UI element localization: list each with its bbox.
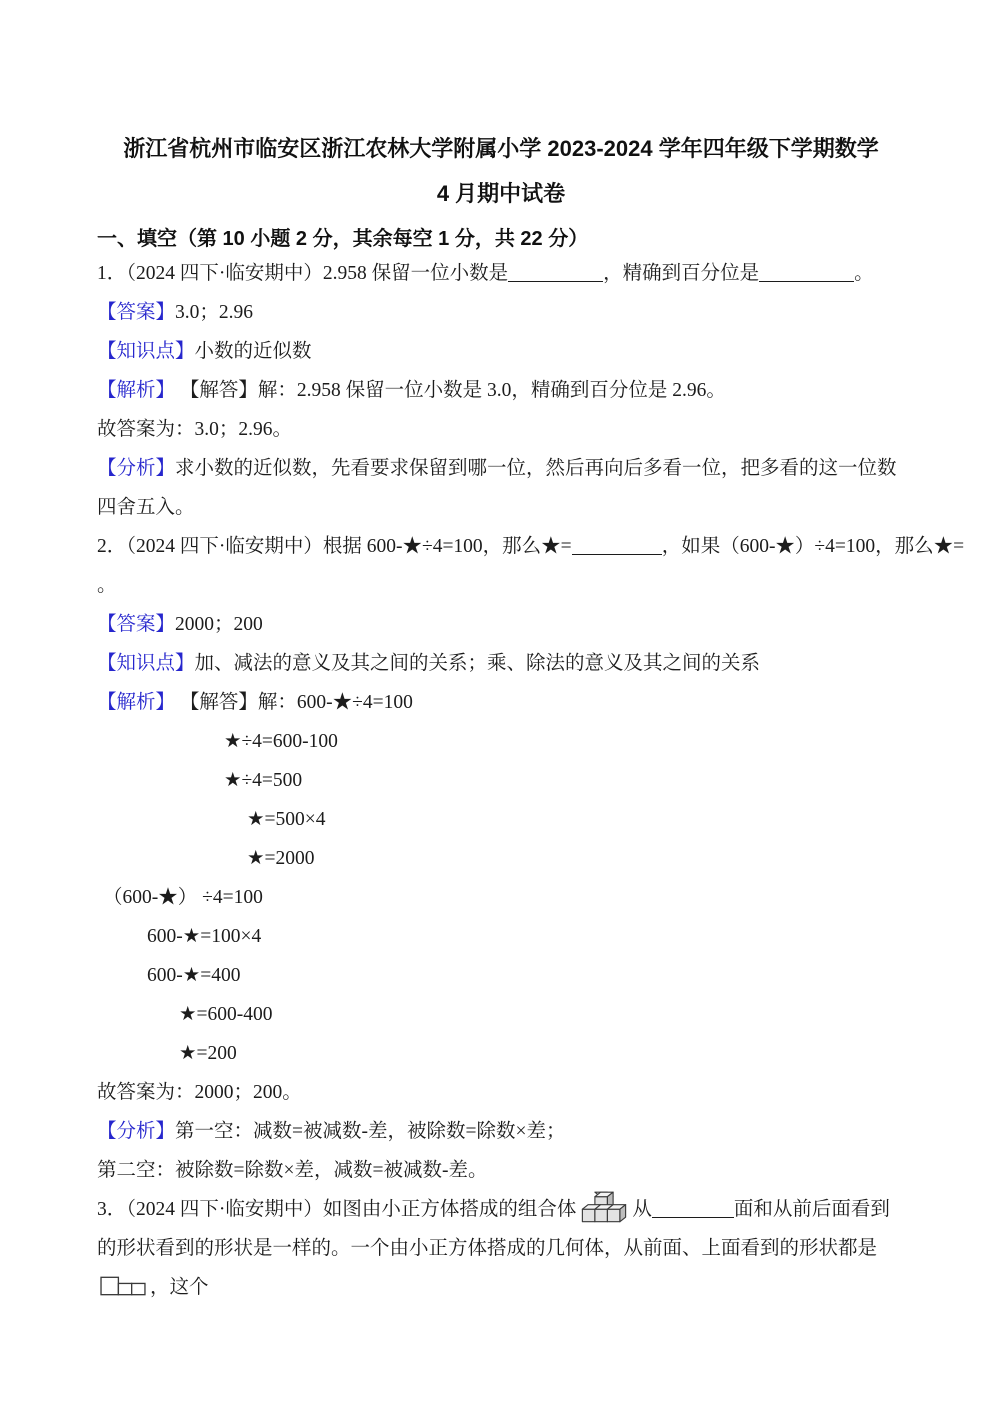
q1-conclusion: 故答案为：3.0；2.96。 [97,410,905,449]
q2-discuss-row-2: 第二空：被除数=除数×差，减数=被减数-差。 [97,1151,905,1190]
q1-blank-1 [508,279,603,282]
q1-discuss-text: 求小数的近似数，先看要求保留到哪一位，然后再向后多看一位，把多看的这一位数四舍五… [97,458,897,518]
q2-step-1: ★÷4=600-100 [97,722,905,761]
q2-analysis-text: 【解答】解：600-★÷4=100 [180,692,413,713]
cube-stack-icon [580,1191,628,1224]
q3-stem-text-b: 从 [632,1199,652,1220]
q2-discuss-row-1: 【分析】第一空：减数=被减数-差，被除数=除数×差； [97,1112,905,1151]
q2-step-6: 600-★=100×4 [97,917,905,956]
q1-stem-text-b: ，精确到百分位是 [603,263,759,284]
q2-discuss-text-1: 第一空：减数=被减数-差，被除数=除数×差； [175,1121,566,1142]
q3-stem-text-a: 3．（2024 四下·临安期中）如图由小正方体搭成的组合体 [97,1199,576,1220]
section-heading: 一、填空（第 10 小题 2 分，其余每空 1 分，共 22 分） [97,224,905,254]
q2-blank-1 [572,552,662,555]
analysis-label: 【解析】 [97,380,175,401]
q2-answer-row: 【答案】2000；200 [97,605,905,644]
answer-label: 【答案】 [97,302,175,323]
q1-blank-2 [759,279,854,282]
q1-answer-row: 【答案】3.0；2.96 [97,293,905,332]
q3-stem: 3．（2024 四下·临安期中）如图由小正方体搭成的组合体 从面和从前后面看到的… [97,1190,905,1307]
exam-title: 浙江省杭州市临安区浙江农林大学附属小学 2023-2024 学年四年级下学期数学… [97,126,905,216]
q2-knowledge-row: 【知识点】加、减法的意义及其之间的关系；乘、除法的意义及其之间的关系 [97,644,905,683]
q2-stem: 2．（2024 四下·临安期中）根据 600-★÷4=100，那么★=，如果（6… [97,527,905,566]
q1-analysis-text: 【解答】解：2.958 保留一位小数是 3.0，精确到百分位是 2.96。 [180,380,726,401]
q1-analysis-row: 【解析】 【解答】解：2.958 保留一位小数是 3.0，精确到百分位是 2.9… [97,371,905,410]
knowledge-label: 【知识点】 [97,653,195,674]
q2-analysis-row: 【解析】 【解答】解：600-★÷4=100 [97,683,905,722]
knowledge-label: 【知识点】 [97,341,195,362]
q2-step-8: ★=600-400 [97,995,905,1034]
q1-stem-text-a: 1．（2024 四下·临安期中）2.958 保留一位小数是 [97,263,508,284]
q2-step-5: （600-★） ÷4=100 [97,878,905,917]
exam-title-line2: 4 月期中试卷 [97,171,905,216]
q2-knowledge-value: 加、减法的意义及其之间的关系；乘、除法的意义及其之间的关系 [195,653,761,674]
q1-knowledge-value: 小数的近似数 [195,341,312,362]
q2-step-3: ★=500×4 [97,800,905,839]
q2-answer-value: 2000；200 [175,614,263,635]
q2-step-7: 600-★=400 [97,956,905,995]
q2-stem-text-a: 2．（2024 四下·临安期中）根据 600-★÷4=100，那么★= [97,536,572,557]
analysis-label: 【解析】 [97,692,175,713]
q2-stem-text-b: ，如果（600-★）÷4=100，那么★= [662,536,964,557]
q1-discuss-row: 【分析】求小数的近似数，先看要求保留到哪一位，然后再向后多看一位，把多看的这一位… [97,449,905,527]
q1-knowledge-row: 【知识点】小数的近似数 [97,332,905,371]
answer-label: 【答案】 [97,614,175,635]
q3-blank-1 [652,1215,734,1218]
q1-answer-value: 3.0；2.96 [175,302,253,323]
discuss-label: 【分析】 [97,1121,175,1142]
discuss-label: 【分析】 [97,458,175,479]
q2-step-4: ★=2000 [97,839,905,878]
exam-title-line1: 浙江省杭州市临安区浙江农林大学附属小学 2023-2024 学年四年级下学期数学 [97,126,905,171]
q1-stem: 1．（2024 四下·临安期中）2.958 保留一位小数是，精确到百分位是。 [97,254,905,293]
q1-stem-text-c: 。 [854,263,874,284]
q2-step-2: ★÷4=500 [97,761,905,800]
q3-stem-text-d: ，这个 [150,1277,209,1298]
exam-page: 浙江省杭州市临安区浙江农林大学附属小学 2023-2024 学年四年级下学期数学… [0,0,1000,1307]
q2-conclusion: 故答案为：2000；200。 [97,1073,905,1112]
q2-stem-period: 。 [97,566,905,605]
q2-step-9: ★=200 [97,1034,905,1073]
l-shape-icon [100,1276,147,1297]
